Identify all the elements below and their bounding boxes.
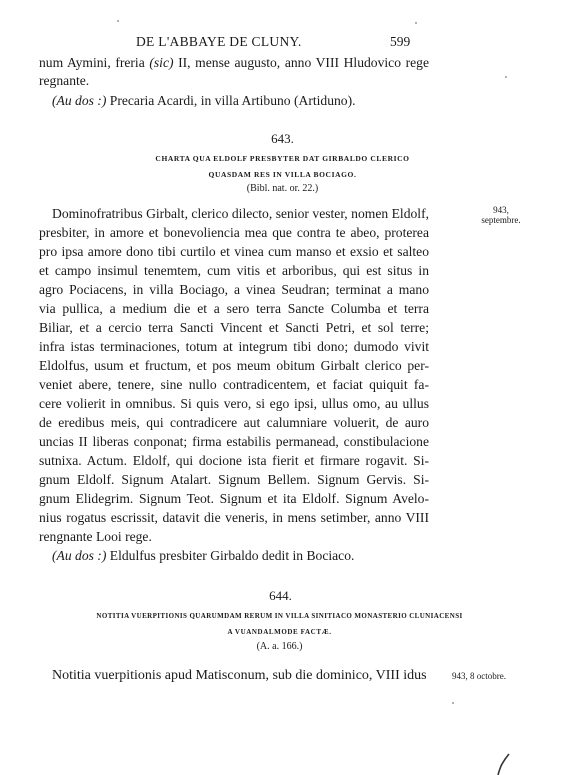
continuation-line-1: num Aymini, freria (sic) II, mense augus… — [39, 54, 429, 72]
body-line: gnum Elidegrim. Signum Teot. Signum et i… — [39, 490, 429, 508]
body-line: Eldolfus, usum et fructum, et pos meum o… — [39, 357, 429, 375]
text-span: II, mense augusto, anno VIII Hludovico r… — [174, 55, 429, 70]
charter-dorse: (Au dos :) Eldulfus presbiter Girbaldo d… — [52, 547, 429, 565]
body-line: gnum Eldolf. Signum Atalart. Signum Bell… — [39, 471, 429, 489]
text-span: num Aymini, freria — [39, 55, 149, 70]
sic-annotation: (sic) — [149, 55, 173, 70]
dorse-text: Eldulfus presbiter Girbaldo dedit in Boc… — [106, 548, 354, 563]
margin-date-year: 943, — [466, 205, 536, 215]
charter-title-line: CHARTA QUA ELDOLF PRESBYTER DAT GIRBALDO… — [0, 154, 565, 163]
scan-speck — [415, 22, 417, 24]
charter-number: 644. — [0, 588, 563, 604]
charter-source: (Bibl. nat. or. 22.) — [0, 183, 565, 194]
body-line: infra istas terminaciones, totum at inte… — [39, 338, 429, 356]
document-page: DE L'ABBAYE DE CLUNY. 599 num Aymini, fr… — [0, 0, 565, 775]
body-line: sutnixa. Actum. Eldolf, qui docione ista… — [39, 452, 429, 470]
scan-mark-icon — [495, 752, 515, 775]
charter-title-line: QUASDAM RES IN VILLA BOCIAGO. — [0, 170, 565, 179]
running-title: DE L'ABBAYE DE CLUNY. — [136, 34, 302, 50]
charter-source: (A. a. 166.) — [0, 641, 562, 652]
scan-speck — [505, 76, 507, 78]
body-line: uncias II liberas conponat; firma estabi… — [39, 433, 429, 451]
body-line: Notitia vuerpitionis apud Matisconum, su… — [52, 667, 429, 685]
body-line: via pullica, a medium die et a sero terr… — [39, 300, 429, 318]
dorse-label: (Au dos :) — [52, 548, 106, 563]
body-line: cere volierit in omnibus. Si quis vero, … — [39, 395, 429, 413]
scan-speck — [452, 702, 454, 704]
margin-date: 943, 8 octobre. — [452, 671, 552, 681]
body-line: Biliar, et a cercio terra Sancti Vincent… — [39, 319, 429, 337]
running-head: DE L'ABBAYE DE CLUNY. 599 — [0, 34, 565, 54]
charter-title-line: NOTITIA VUERPITIONIS QUARUMDAM RERUM IN … — [0, 612, 562, 620]
page-number: 599 — [390, 34, 410, 50]
continuation-line-2: regnante. — [39, 72, 429, 90]
body-line: agro Pociacens, in villa Bociago, a vine… — [39, 281, 429, 299]
body-line: Dominofratribus Girbalt, clerico dilecto… — [52, 205, 429, 223]
body-line: presbiter, in amore et bonevoliencia mea… — [39, 224, 429, 242]
margin-date-month: septembre. — [466, 215, 536, 225]
body-line: rengnante Looi rege. — [39, 528, 429, 546]
body-line: veniet abere, tenere, sine nullo contrad… — [39, 376, 429, 394]
margin-date: 943, septembre. — [466, 205, 536, 225]
body-line: nius rogatus escrissit, datavit die vene… — [39, 509, 429, 527]
dorse-text: Precaria Acardi, in villa Artibuno (Arti… — [106, 93, 355, 108]
scan-speck — [117, 20, 119, 22]
dorse-label: (Au dos :) — [52, 93, 106, 108]
charter-number: 643. — [0, 131, 565, 147]
continuation-dorse: (Au dos :) Precaria Acardi, in villa Art… — [52, 92, 429, 110]
body-line: et campo insimul tenemtem, cum vitis et … — [39, 262, 429, 280]
charter-title-line: A VUANDALMODE FACTÆ. — [0, 628, 562, 636]
body-line: de eredibus meis, qui contradicere aut c… — [39, 414, 429, 432]
body-line: pro ipsa amore dono tibi curtilo et vine… — [39, 243, 429, 261]
